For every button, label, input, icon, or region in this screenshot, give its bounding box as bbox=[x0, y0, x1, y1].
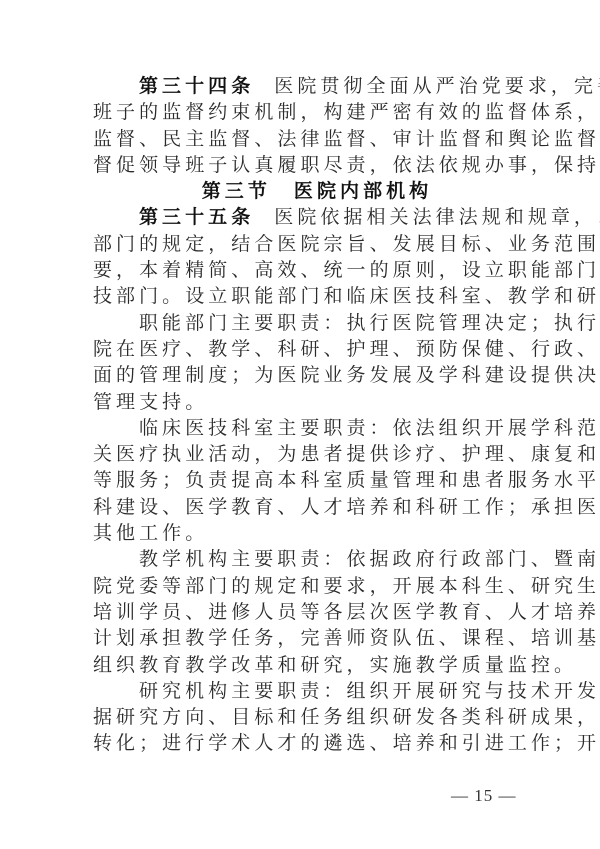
paragraph-line: 转化；进行学术人才的遴选、培养和引进工作；开展国内外 bbox=[93, 730, 511, 756]
article-35-line-1: 第三十五条医院依据相关法律法规和规章，以及编制 bbox=[93, 204, 511, 230]
research-institutions-paragraph: 研究机构主要职责：组织开展研究与技术开发活动；根 据研究方向、目标和任务组织研发… bbox=[93, 678, 511, 757]
paragraph-line: 班子的监督约束机制，构建严密有效的监督体系，发挥党内 bbox=[93, 99, 511, 125]
paragraph-line: 院在医疗、教学、科研、护理、预防保健、行政、后勤等方 bbox=[93, 336, 511, 362]
paragraph-line: 研究机构主要职责：组织开展研究与技术开发活动；根 bbox=[93, 678, 511, 704]
paragraph-line: 院党委等部门的规定和要求，开展本科生、研究生、规范化 bbox=[93, 573, 511, 599]
paragraph-line: 计划承担教学任务，完善师资队伍、课程、培训基地等建设， bbox=[93, 625, 511, 651]
article-34-label: 第三十四条 bbox=[139, 75, 254, 97]
page-number: — 15 — bbox=[451, 786, 517, 806]
article-34: 第三十四条医院贯彻全面从严治党要求，完善院领导 班子的监督约束机制，构建严密有效… bbox=[93, 73, 511, 178]
article-35: 第三十五条医院依据相关法律法规和规章，以及编制 部门的规定，结合医院宗旨、发展目… bbox=[93, 204, 511, 309]
article-35-text: 医院依据相关法律法规和规章，以及编制 bbox=[274, 206, 600, 228]
teaching-institutions-paragraph: 教学机构主要职责：依据政府行政部门、暨南大学及医 院党委等部门的规定和要求，开展… bbox=[93, 546, 511, 677]
paragraph-line: 组织教育教学改革和研究，实施教学质量监控。 bbox=[93, 652, 511, 678]
functional-departments-paragraph: 职能部门主要职责：执行医院管理决定；执行、细化医 院在医疗、教学、科研、护理、预… bbox=[93, 310, 511, 415]
paragraph-line: 临床医技科室主要职责：依法组织开展学科范围内的相 bbox=[93, 415, 511, 441]
paragraph-line: 职能部门主要职责：执行医院管理决定；执行、细化医 bbox=[93, 310, 511, 336]
paragraph-line: 面的管理制度；为医院业务发展及学科建设提供决策依据与 bbox=[93, 362, 511, 388]
paragraph-line: 关医疗执业活动，为患者提供诊疗、护理、康复和健康咨询 bbox=[93, 441, 511, 467]
paragraph-line: 培训学员、进修人员等各层次医学教育、人才培养工作；按 bbox=[93, 599, 511, 625]
article-34-text: 医院贯彻全面从严治党要求，完善院领导 bbox=[274, 75, 600, 97]
paragraph-line: 管理支持。 bbox=[93, 389, 511, 415]
paragraph-line: 监督、民主监督、法律监督、审计监督和舆论监督等作用， bbox=[93, 126, 511, 152]
section-heading: 第三节 医院内部机构 bbox=[93, 178, 511, 204]
clinical-departments-paragraph: 临床医技科室主要职责：依法组织开展学科范围内的相 关医疗执业活动，为患者提供诊疗… bbox=[93, 415, 511, 546]
document-page-body: 第三十四条医院贯彻全面从严治党要求，完善院领导 班子的监督约束机制，构建严密有效… bbox=[93, 73, 511, 757]
paragraph-line: 其他工作。 bbox=[93, 520, 511, 546]
paragraph-line: 科建设、医学教育、人才培养和科研工作；承担医院交办的 bbox=[93, 494, 511, 520]
paragraph-line: 要，本着精简、高效、统一的原则，设立职能部门和临床医 bbox=[93, 257, 511, 283]
paragraph-line: 技部门。设立职能部门和临床医技科室、教学和研究机构。 bbox=[93, 283, 511, 309]
paragraph-line: 等服务；负责提高本科室质量管理和患者服务水平；开展学 bbox=[93, 467, 511, 493]
paragraph-line: 教学机构主要职责：依据政府行政部门、暨南大学及医 bbox=[93, 546, 511, 572]
paragraph-line: 据研究方向、目标和任务组织研发各类科研成果，推动成果 bbox=[93, 704, 511, 730]
paragraph-line: 部门的规定，结合医院宗旨、发展目标、业务范围和实际需 bbox=[93, 231, 511, 257]
article-34-line-1: 第三十四条医院贯彻全面从严治党要求，完善院领导 bbox=[93, 73, 511, 99]
paragraph-line: 督促领导班子认真履职尽责，依法依规办事，保持清正廉洁。 bbox=[93, 152, 511, 178]
article-35-label: 第三十五条 bbox=[139, 206, 254, 228]
